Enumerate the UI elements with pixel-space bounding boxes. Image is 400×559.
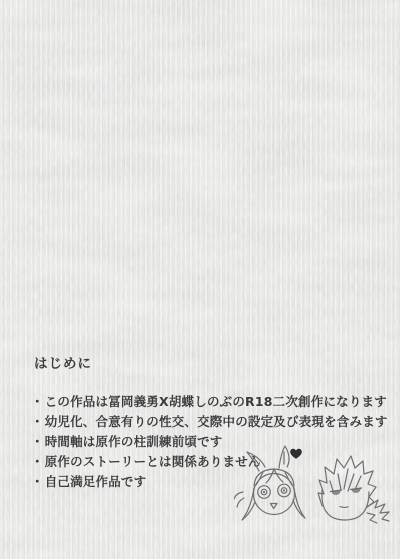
page-title: はじめに	[34, 352, 388, 372]
bullet-marker: ・	[31, 394, 44, 409]
heart-icon	[290, 449, 302, 459]
doujinshi-intro-page: はじめに ・この作品は冨岡義勇X胡蝶しのぶのR18二次創作になります ・幼児化、…	[0, 0, 400, 559]
list-item-text: 時間軸は原作の柱訓練前頃です	[45, 434, 223, 449]
list-item: ・この作品は冨岡義勇X胡蝶しのぶのR18二次創作になります	[31, 392, 388, 412]
list-item-text: 原作のストーリーとは関係ありません	[45, 454, 261, 469]
list-item-text: 幼児化、合意有りの性交、交際中の設定及び表現を含みます	[45, 414, 388, 429]
giyuu-chibi	[318, 456, 389, 523]
bullet-marker: ・	[31, 414, 44, 429]
bullet-marker: ・	[31, 434, 44, 449]
chibi-illustration	[234, 436, 396, 540]
bullet-marker: ・	[31, 454, 44, 469]
list-item-text: この作品は冨岡義勇X胡蝶しのぶのR18二次創作になります	[45, 394, 387, 409]
list-item: ・幼児化、合意有りの性交、交際中の設定及び表現を含みます	[31, 412, 388, 432]
list-item-text: 自己満足作品です	[45, 474, 147, 489]
bullet-marker: ・	[31, 474, 44, 489]
